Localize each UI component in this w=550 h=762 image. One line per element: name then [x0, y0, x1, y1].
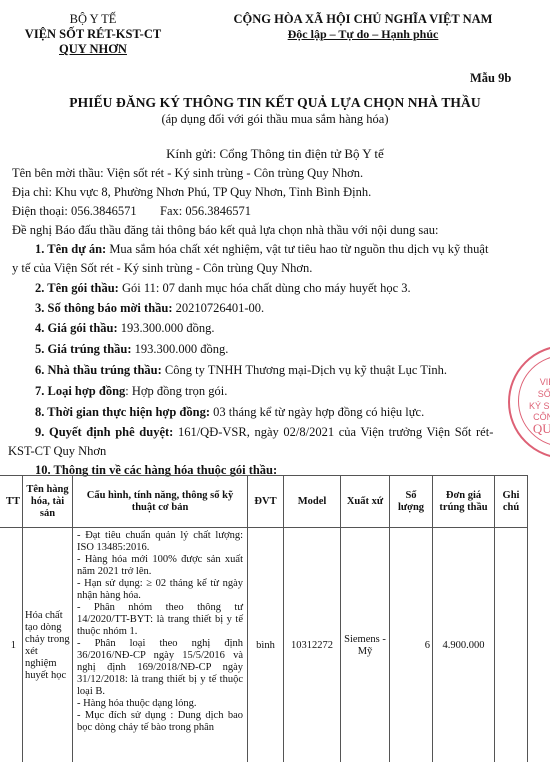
cell-model: 10312272 [284, 528, 341, 762]
cell-spec: - Đạt tiêu chuẩn quản lý chất lượng: ISO… [73, 528, 248, 762]
item-contract-type: 7. Loại hợp đồng: Hợp đồng trọn gói. [35, 384, 227, 399]
col-header-name: Tên hàng hóa, tài sản [23, 476, 73, 528]
cell-unit-price: 4.900.000 [433, 528, 495, 762]
ministry-name: BỘ Y TẾ [18, 12, 168, 27]
goods-table: TT Tên hàng hóa, tài sản Cấu hình, tính … [0, 475, 528, 762]
col-header-note: Ghi chú [495, 476, 528, 528]
col-header-unit-price: Đơn giá trúng thầu [433, 476, 495, 528]
item-approval-decision: 9. Quyết định phê duyệt: 161/QĐ-VSR, ngà… [35, 425, 493, 440]
national-header: CỘNG HÒA XÃ HỘI CHỦ NGHĨA VIỆT NAM Độc l… [188, 12, 538, 42]
item-project-name-cont: y tế của Viện Sốt rét - Ký sinh trùng - … [12, 261, 312, 276]
document-title: PHIẾU ĐĂNG KÝ THÔNG TIN KẾT QUẢ LỰA CHỌN… [0, 95, 550, 111]
issuer-header: BỘ Y TẾ VIỆN SỐT RÉT-KST-CT QUY NHƠN [18, 12, 168, 57]
item-package-name: 2. Tên gói thầu: Gói 11: 07 danh mục hóa… [35, 281, 411, 296]
cell-note [495, 528, 528, 762]
cell-tt: 1 [0, 528, 23, 762]
request-line: Đề nghị Báo đấu thầu đăng tải thông báo … [12, 223, 439, 238]
item-notice-number: 3. Số thông báo mời thầu: 20210726401-00… [35, 301, 264, 316]
col-header-spec: Cấu hình, tính năng, thông số kỹ thuật c… [73, 476, 248, 528]
item-contract-duration: 8. Thời gian thực hiện hợp đồng: 03 thán… [35, 405, 424, 420]
item-package-price: 4. Giá gói thầu: 193.300.000 đồng. [35, 321, 215, 336]
institute-city: QUY NHƠN [18, 42, 168, 57]
fax-line: Fax: 056.3846571 [160, 204, 251, 219]
cell-origin: Siemens - Mỹ [341, 528, 390, 762]
official-stamp: VIỆ SỐT KÝ SINH CÔN T QUY [508, 345, 550, 459]
inviter-line: Tên bên mời thầu: Viện sốt rét - Ký sinh… [12, 166, 363, 181]
cell-quantity: 6 [390, 528, 433, 762]
item-winning-price: 5. Giá trúng thầu: 193.300.000 đồng. [35, 342, 228, 357]
institute-name: VIỆN SỐT RÉT-KST-CT [18, 27, 168, 42]
table-header-row: TT Tên hàng hóa, tài sản Cấu hình, tính … [0, 476, 528, 528]
country-name: CỘNG HÒA XÃ HỘI CHỦ NGHĨA VIỆT NAM [188, 12, 538, 27]
col-header-origin: Xuất xứ [341, 476, 390, 528]
col-header-tt: TT [0, 476, 23, 528]
greeting: Kính gửi: Cổng Thông tin điện tử Bộ Y tế [0, 146, 550, 162]
col-header-model: Model [284, 476, 341, 528]
table-row: 1 Hóa chất tạo dòng chảy trong xét nghiệ… [0, 528, 528, 762]
cell-name: Hóa chất tạo dòng chảy trong xét nghiệm … [23, 528, 73, 762]
col-header-unit: ĐVT [248, 476, 284, 528]
phone-line: Điện thoại: 056.3846571 [12, 204, 137, 219]
document-subtitle: (áp dụng đối với gói thầu mua sắm hàng h… [0, 112, 550, 127]
col-header-quantity: Số lượng [390, 476, 433, 528]
national-motto: Độc lập – Tự do – Hạnh phúc [188, 27, 538, 42]
form-number: Mẫu 9b [470, 71, 511, 86]
item-approval-decision-cont: KST-CT Quy Nhơn [8, 444, 106, 459]
item-project-name: 1. Tên dự án: Mua sắm hóa chất xét nghiệ… [35, 242, 488, 257]
address-line: Địa chỉ: Khu vực 8, Phường Nhơn Phú, TP … [12, 185, 371, 200]
item-winning-contractor: 6. Nhà thầu trúng thầu: Công ty TNHH Thư… [35, 363, 447, 378]
cell-unit: bình [248, 528, 284, 762]
